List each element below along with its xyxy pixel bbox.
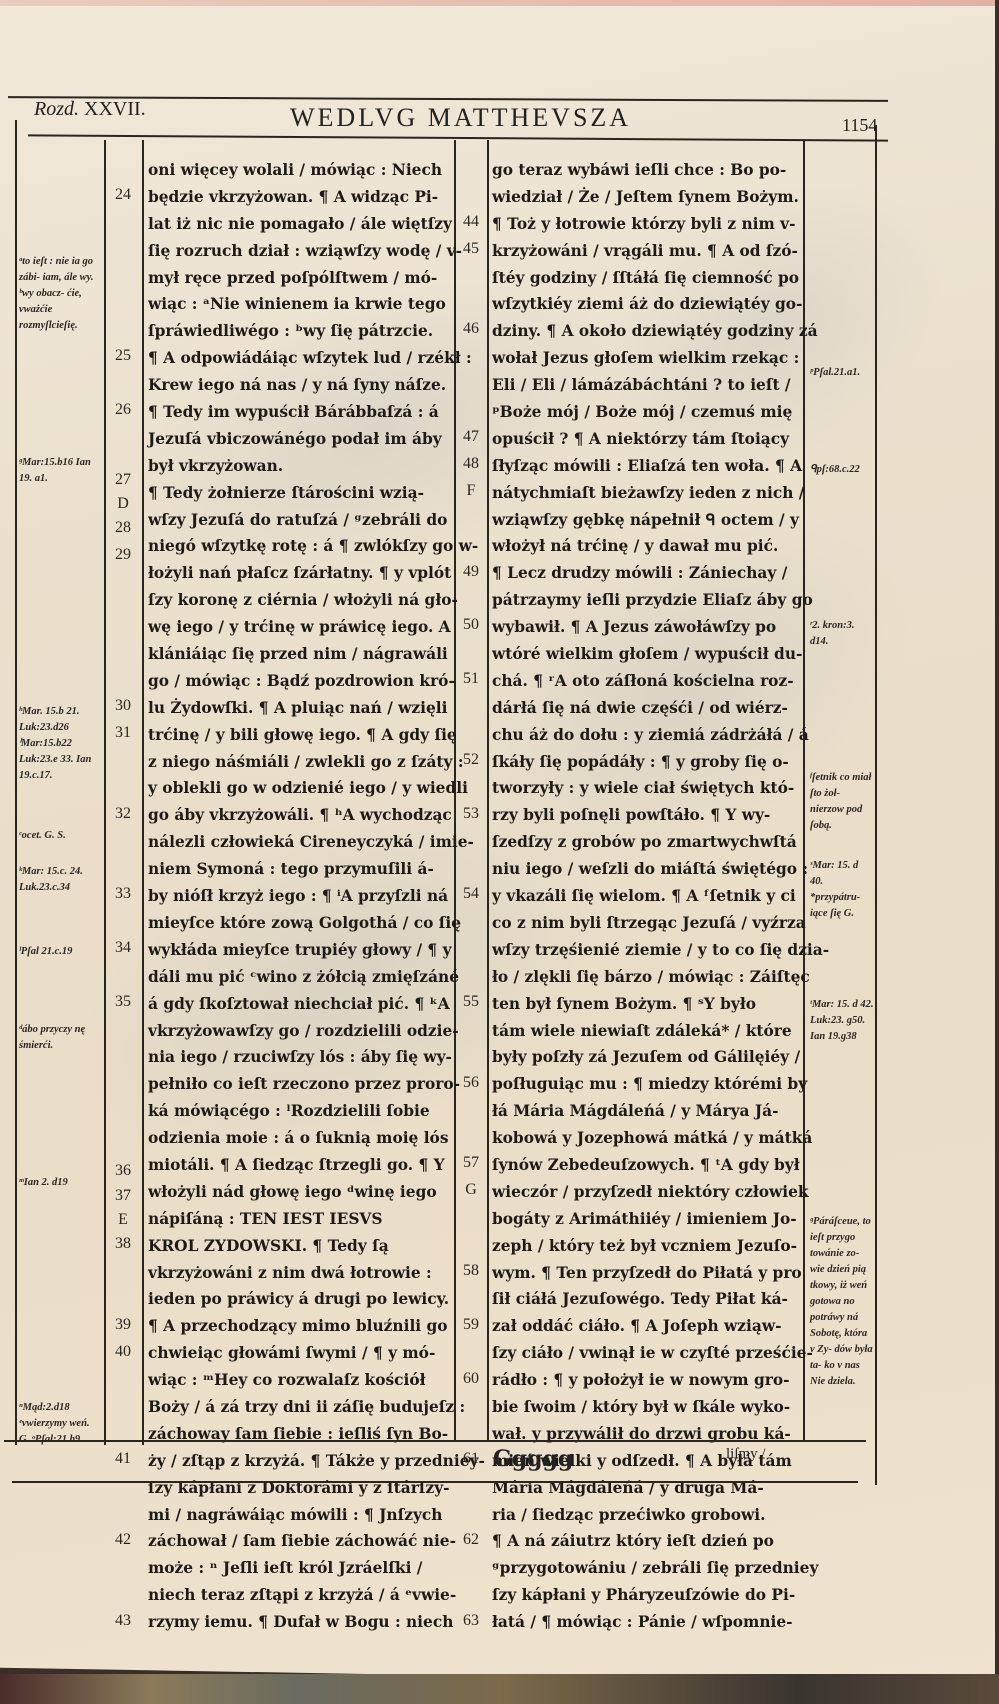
chapter-label: Rozd. XXVII. xyxy=(34,98,146,121)
verse-number: 28 xyxy=(110,519,136,537)
text-line: á gdy ſkoſztował niechciał pić. ¶ ᵏA xyxy=(148,991,450,1018)
text-line: zał oddáć ciáło. ¶ A Joſeph wziąw- xyxy=(492,1313,800,1340)
text-line: ſynów Zebedeuſzowych. ¶ ᵗA gdy był xyxy=(492,1152,800,1179)
text-line: wołał Jezus głoſem wielkim rzekąc : xyxy=(492,345,800,372)
text-line: záchował / ſam ſiebie záchowáć nie- xyxy=(148,1528,450,1555)
text-line: wym. ¶ Ten przyſzedł do Piłatá y pro xyxy=(492,1260,800,1287)
verse-number: 30 xyxy=(110,697,136,715)
text-line: lat iż nic nie pomagało / ále więtſzy xyxy=(148,211,450,238)
verse-number: 41 xyxy=(110,1450,136,1468)
verse-number: 50 xyxy=(458,616,484,634)
chapter-abbrev: Rozd. xyxy=(34,98,79,120)
verse-number: 31 xyxy=(110,724,136,742)
verse-number: 49 xyxy=(458,563,484,581)
text-line: ¶ Tedy żołnierze ſtárościni wzią- xyxy=(148,480,450,507)
verse-number: 63 xyxy=(458,1612,484,1630)
left-text-column: oni więcey wolali / mówiąc : Niechbędzie… xyxy=(148,157,450,1636)
text-line: niem Symoná : tego przymuſili á- xyxy=(148,856,450,883)
verse-number: 25 xyxy=(110,347,136,365)
margin-note: ᵏMar: 15.c. 24. Luk.23.c.34 xyxy=(19,864,101,896)
margin-note: ᶜocet. G. S. xyxy=(19,828,101,844)
text-line: ¶ A przechodzący mimo bluźnili go xyxy=(148,1313,450,1340)
running-title: WEDLVG MATTHEVSZA xyxy=(290,103,631,133)
text-line: ży / zſtąp z krzyżá. ¶ Tákże y przedniey… xyxy=(148,1448,450,1475)
margin-note: ᶠſetnik co miał ſto żoł- nierzow pod ſob… xyxy=(810,770,874,834)
margin-note: ˢMar: 15. d 40. *przypátru- iące ſię G. xyxy=(810,858,874,922)
verse-number: 56 xyxy=(458,1074,484,1092)
page-number: 1154 xyxy=(842,115,877,136)
margin-note: ˡPſal 21.c.19 xyxy=(19,944,101,960)
right-text-column: go teraz wybáwi ieſli chce : Bo po-wiedz… xyxy=(492,157,800,1636)
text-line: niegó wſzytkę rotę : á ¶ zwlókſzy go w- xyxy=(148,533,450,560)
text-line: ieden po práwicy á drugi po lewicy. xyxy=(148,1286,450,1313)
text-line: dziny. ¶ A około dziewiątéy godziny zá xyxy=(492,318,800,345)
text-line: ſpráwiedliwégo : ᵇwy ſię pátrzcie. xyxy=(148,318,450,345)
verse-number: 47 xyxy=(458,428,484,446)
right-margin-rule xyxy=(875,125,877,1485)
text-line: wieczór / przyſzedł niektóry człowiek xyxy=(492,1179,800,1206)
text-line: klániáiąc ſię przed nim / nágrawáli xyxy=(148,641,450,668)
text-line: były poſzły zá Jezuſem od Gálilęiéy / xyxy=(492,1044,800,1071)
text-line: mył ręce przed poſpólſtwem / mó- xyxy=(148,265,450,292)
verse-number: 53 xyxy=(458,805,484,823)
text-line: Mária Mágdáleńá / y druga Má- xyxy=(492,1475,800,1502)
text-line: krzyżowáni / vrągáli mu. ¶ A od ſzó- xyxy=(492,238,800,265)
chapter-number: XXVII. xyxy=(84,98,146,120)
book-cover-edge xyxy=(0,1674,999,1704)
verse-number: 32 xyxy=(110,805,136,823)
footer-bottom-rule xyxy=(12,1481,858,1483)
text-line: go áby vkrzyżowáli. ¶ ʰA wychodząc xyxy=(148,802,450,829)
verse-number: 55 xyxy=(458,993,484,1011)
verse-number: 35 xyxy=(110,993,136,1011)
margin-note: ᵍMar:15.b16 Ian 19. a1. xyxy=(19,455,101,487)
text-line: nia iego / rzuciwſzy lós : áby ſię wy- xyxy=(148,1044,450,1071)
text-line: niech teraz zſtąpi z krzyżá / á ᵉvwie- xyxy=(148,1582,450,1609)
text-line: mi / nagráwáiąc mówili : ¶ Jnſzych xyxy=(148,1502,450,1529)
text-line: rzy byli poſnęli powſtáło. ¶ Y wy- xyxy=(492,802,800,829)
text-line: Boży / á zá trzy dni ii záſię budujeſz : xyxy=(148,1394,450,1421)
text-line: trćinę / y bili głowę iego. ¶ A gdy ſię xyxy=(148,722,450,749)
text-line: ſię rozruch dział : wziąwſzy wodę / v- xyxy=(148,238,450,265)
text-line: ká mówiącégo : ˡRozdzielili ſobie xyxy=(148,1098,450,1125)
verse-number: 57 xyxy=(458,1154,484,1172)
catchword: liſmy / xyxy=(726,1446,766,1463)
text-line: wiąc : ᵐHey co rozwalaſz kościół xyxy=(148,1367,450,1394)
text-line: go / mówiąc : Bądź pozdrowion kró- xyxy=(148,668,450,695)
text-line: ſzy koronę z ciérnia / włożyli ná gło- xyxy=(148,587,450,614)
verse-number: 52 xyxy=(458,751,484,769)
verse-number: 54 xyxy=(458,885,484,903)
text-line: ria / ſiedząc przećiwko grobowi. xyxy=(492,1502,800,1529)
verse-number: 33 xyxy=(110,885,136,903)
text-line: lu Żydowſki. ¶ A pluiąc nań / wzięli xyxy=(148,695,450,722)
left-margin-rule xyxy=(15,120,17,1445)
text-line: rádło : ¶ y położył ie w nowym gro- xyxy=(492,1367,800,1394)
text-line: chá. ¶ ʳA oto záſłoná kościelna roz- xyxy=(492,668,800,695)
text-line: ſkáły ſię popádáły : ¶ y groby ſię o- xyxy=(492,749,800,776)
left-verse-rule xyxy=(104,140,106,1445)
text-line: wiąc : ᵃNie winienem ia krwie tego xyxy=(148,291,450,318)
margin-note: ʳ2. kron:3. d14. xyxy=(810,618,874,650)
text-line: pátrzaymy ieſli przydzie Eliaſz áby go xyxy=(492,587,800,614)
verse-number: G xyxy=(458,1181,484,1199)
verse-number: 29 xyxy=(110,546,136,564)
verse-number: 61 xyxy=(458,1450,484,1468)
text-line: kobowá y Jozephowá mátká / y mátká xyxy=(492,1125,800,1152)
text-line: tworzyły : y wiele ciał świętych któ- xyxy=(492,775,800,802)
signature-mark: Ggggg xyxy=(493,1446,573,1472)
text-line: by nióſł krzyż iego : ¶ ⁱA przyſzli ná xyxy=(148,883,450,910)
verse-number: 59 xyxy=(458,1316,484,1334)
text-line: nátychmiaſt bieżawſzy ieden z nich / xyxy=(492,480,800,507)
text-line: nálezli człowieká Cireneyczyká / imie- xyxy=(148,829,450,856)
text-line: wziąwſzy gębkę nápełnił ᑫ octem / y xyxy=(492,507,800,534)
margin-note: ᵈábo przyczy nę śmierći. xyxy=(19,1022,101,1054)
text-line: Krew iego ná nas / y ná ſyny náſze. xyxy=(148,372,450,399)
text-line: zeph / który też był vczniem Jezuſo- xyxy=(492,1233,800,1260)
margin-note: ᵖPſal.21.a1. xyxy=(810,365,874,381)
text-line: ¶ Toż y łotrowie którzy byli z nim v- xyxy=(492,211,800,238)
text-line: miotáli. ¶ A ſiedząc ſtrzegli go. ¶ Y xyxy=(148,1152,450,1179)
text-line: włożył ná trćinę / y dawał mu pić. xyxy=(492,533,800,560)
text-line: będzie vkrzyżowan. ¶ A widząc Pi- xyxy=(148,184,450,211)
text-line: chu áż do dołu : y ziemiá zádrżáłá / á xyxy=(492,722,800,749)
verse-number: 45 xyxy=(458,240,484,258)
text-line: chwieiąc głowámi ſwymi / ¶ y mó- xyxy=(148,1340,450,1367)
margin-note: ʰMar. 15.b 21. Luk:23.d26 ⁱMar:15.b22 Lu… xyxy=(19,704,101,784)
text-line: łatá / ¶ mówiąc : Pánie / wſpomnie- xyxy=(492,1609,800,1636)
text-line: ſzy kápłani y Pháryzeuſzówie do Pi- xyxy=(492,1582,800,1609)
text-line: bogáty z Arimáthiiéy / imieniem Jo- xyxy=(492,1206,800,1233)
text-line: ſłyſząc mówili : Eliaſzá ten woła. ¶ A xyxy=(492,453,800,480)
text-line: wſzytkiéy ziemi áż do dziewiątéy go- xyxy=(492,291,800,318)
text-line: wiedział / Że / Jeſtem ſynem Bożym. xyxy=(492,184,800,211)
left-text-rule xyxy=(142,140,144,1445)
margin-note: ᵃto ieſt : nie ia go zábi- iam, ále wy. … xyxy=(19,254,101,334)
text-line: łá Mária Mágdáleńá / y Márya Já- xyxy=(492,1098,800,1125)
verse-number: F xyxy=(458,482,484,500)
text-line: ᵖBoże mój / Boże mój / czemuś mię xyxy=(492,399,800,426)
verse-number: 24 xyxy=(110,186,136,204)
verse-number: 48 xyxy=(458,455,484,473)
verse-number: 51 xyxy=(458,670,484,688)
verse-number: 44 xyxy=(458,213,484,231)
verse-number: 39 xyxy=(110,1316,136,1334)
text-line: łożyli nań płaſcz ſzárłatny. ¶ y vplót xyxy=(148,560,450,587)
text-line: może : ⁿ Jeſli ieſt król Jzráelſki / xyxy=(148,1555,450,1582)
text-line: KROL ZYDOWSKI. ¶ Tedy ſą xyxy=(148,1233,450,1260)
text-line: y vkazáli ſię wielom. ¶ A ᶠſetnik y ci xyxy=(492,883,800,910)
text-line: co z nim byli ſtrzegąc Jezuſá / vyźrza xyxy=(492,910,800,937)
text-line: ſzedſzy z grobów po zmartwychwſtá xyxy=(492,829,800,856)
text-line: mieyſce które zową Golgothá / co ſię xyxy=(148,910,450,937)
text-line: ſzy ciáło / vwinął ie w czyſté prześćie- xyxy=(492,1340,800,1367)
footer-top-rule xyxy=(4,1440,866,1442)
text-line: záchoway ſam ſiebie : ieſliś ſyn Bo- xyxy=(148,1421,450,1448)
text-line: wtóré wielkim głoſem / wypuścił du- xyxy=(492,641,800,668)
text-line: wę iego / y trćinę w práwicę iego. A xyxy=(148,614,450,641)
text-line: ¶ Tedy im wypuścił Bárábbaſzá : á xyxy=(148,399,450,426)
text-line: rzymy iemu. ¶ Dufał w Bogu : niech xyxy=(148,1609,450,1636)
text-line: ło / zlękli ſię bárzo / mówiąc : Záiſtęc xyxy=(492,964,800,991)
text-line: poſługuiąc mu : ¶ miedzy którémi by xyxy=(492,1071,800,1098)
text-line: oni więcey wolali / mówiąc : Niech xyxy=(148,157,450,184)
margin-note: ᵍPáráſceue, to ieſt przygo towánie zo- w… xyxy=(810,1214,874,1390)
verse-number: 38 xyxy=(110,1235,136,1253)
text-line: dárłá ſię ná dwie częśći / od wiérz- xyxy=(492,695,800,722)
text-line: włożyli nád głowę iego ᵈwinę iego xyxy=(148,1179,450,1206)
header-bottom-rule xyxy=(28,134,888,141)
text-line: ten był ſynem Bożym. ¶ ˢY było xyxy=(492,991,800,1018)
text-line: niu iego / weſzli do miáſtá świętégo : xyxy=(492,856,800,883)
text-line: wykłáda mieyſce trupiéy głowy / ¶ y xyxy=(148,937,450,964)
text-line: wał. y przywálił do drzwi grobu ká- xyxy=(492,1421,800,1448)
margin-note: ᑫpſ:68.c.22 xyxy=(810,462,874,478)
margin-note: ᵗMar: 15. d 42. Luk:23. g50. Ian 19.g38 xyxy=(810,997,874,1045)
text-line: był vkrzyżowan. xyxy=(148,453,450,480)
text-line: wybawił. ¶ A Jezus záwołáwſzy po xyxy=(492,614,800,641)
text-line: opuścił ? ¶ A niektórzy tám ſtoiący xyxy=(492,426,800,453)
text-line: ¶ Lecz drudzy mówili : Zániechay / xyxy=(492,560,800,587)
text-line: bie ſwoim / który był w ſkále wyko- xyxy=(492,1394,800,1421)
text-line: wſzy Jezuſá do ratuſzá / ᵍzebráli do xyxy=(148,507,450,534)
text-line: tám wiele niewiaſt zdáleká* / które xyxy=(492,1018,800,1045)
text-line: ¶ A ná záiutrz który ieſt dzień po xyxy=(492,1528,800,1555)
text-line: vkrzyżowáni z nim dwá łotrowie : xyxy=(148,1260,450,1287)
verse-number: 26 xyxy=(110,401,136,419)
verse-number: 40 xyxy=(110,1343,136,1361)
verse-number: 58 xyxy=(458,1262,484,1280)
text-line: go teraz wybáwi ieſli chce : Bo po- xyxy=(492,157,800,184)
verse-number: 27 xyxy=(110,471,136,489)
text-line: wſzy trzęśienié ziemie / y to co ſię dzi… xyxy=(492,937,800,964)
verse-number: 42 xyxy=(110,1531,136,1549)
verse-number: D xyxy=(110,495,136,513)
verse-number: 36 xyxy=(110,1162,136,1180)
column-divider-right xyxy=(487,140,489,1440)
text-line: y oblekli go w odzienié iego / y wiedli xyxy=(148,775,450,802)
text-line: vkrzyżowawſzy go / rozdzielili odzie- xyxy=(148,1018,450,1045)
text-line: ᵍprzygotowániu / zebráli ſię przedniey xyxy=(492,1555,800,1582)
verse-number: E xyxy=(110,1211,136,1229)
verse-number: 43 xyxy=(110,1612,136,1630)
verse-number: 34 xyxy=(110,939,136,957)
text-line: odzienia moie : á o ſuknią moię lós xyxy=(148,1125,450,1152)
margin-note: ᵐIan 2. d19 xyxy=(19,1175,101,1191)
text-line: nápiſáną : TEN IEST IESVS xyxy=(148,1206,450,1233)
text-line: dáli mu pić ᶜwino z żółcią zmięſzáné xyxy=(148,964,450,991)
verse-number: 60 xyxy=(458,1370,484,1388)
text-line: ſił ciáłá Jezuſowégo. Tedy Piłat ká- xyxy=(492,1286,800,1313)
verse-number: 37 xyxy=(110,1187,136,1205)
text-line: ¶ A odpowiádáiąc wſzytek lud / rzékł : xyxy=(148,345,450,372)
text-line: pełniło co ieſt rzeczono przez proro- xyxy=(148,1071,450,1098)
text-line: z niego náśmiáli / zwlekli go z ſzáty : xyxy=(148,749,450,776)
book-page: Rozd. XXVII. WEDLVG MATTHEVSZA 1154 oni … xyxy=(0,0,995,1688)
text-line: Jezuſá vbiczowánégo podał im áby xyxy=(148,426,450,453)
text-line: ſzy kápłani z Doktorámi y z ſtárſzy- xyxy=(148,1475,450,1502)
verse-number: 62 xyxy=(458,1531,484,1549)
text-line: Eli / Eli / lámázábáchtáni ? to ieſt / xyxy=(492,372,800,399)
verse-number: 46 xyxy=(458,320,484,338)
text-line: ſtéy godziny / ſſtáłá ſię ciemność po xyxy=(492,265,800,292)
